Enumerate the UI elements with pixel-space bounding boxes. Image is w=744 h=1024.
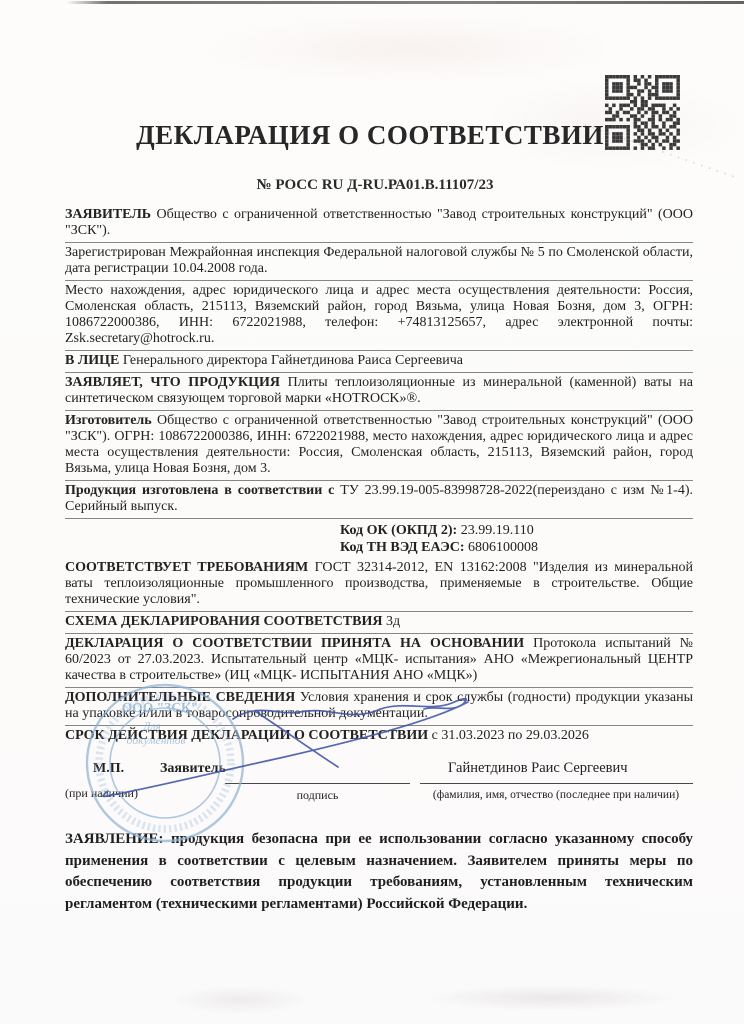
code-tnved-label: Код ТН ВЭД ЕАЭС: — [340, 540, 465, 555]
row-scheme: СХЕМА ДЕКЛАРИРОВАНИЯ СООТВЕТСТВИЯ 3д — [65, 612, 693, 634]
row-basis: ДЕКЛАРАЦИЯ О СООТВЕТСТВИИ ПРИНЯТА НА ОСН… — [65, 634, 693, 688]
row-text: Генерального директора Гайнетдинова Раис… — [123, 353, 463, 368]
row-text: Место нахождения, адрес юридического лиц… — [65, 283, 693, 346]
row-label: ЗАЯВИТЕЛЬ — [65, 207, 151, 222]
scan-edge-artifact — [66, 1, 744, 4]
statement-label: ЗАЯВЛЕНИЕ: — [65, 831, 164, 847]
row-label: Изготовитель — [65, 413, 152, 428]
code-okpd: Код ОК (ОКПД 2): 23.99.19.110 — [340, 522, 693, 539]
row-label: ДЕКЛАРАЦИЯ О СООТВЕТСТВИИ ПРИНЯТА НА ОСН… — [65, 636, 524, 651]
page-title: ДЕКЛАРАЦИЯ О СООТВЕТСТВИИ — [40, 120, 700, 151]
row-address: Место нахождения, адрес юридического лиц… — [65, 281, 693, 351]
row-label: ДОПОЛНИТЕЛЬНЫЕ СВЕДЕНИЯ — [65, 690, 295, 705]
row-text: Общество с ограниченной ответственностью… — [65, 207, 693, 238]
row-applicant: ЗАЯВИТЕЛЬ Общество с ограниченной ответс… — [65, 205, 693, 243]
row-label: СХЕМА ДЕКЛАРИРОВАНИЯ СООТВЕТСТВИЯ — [65, 614, 382, 629]
signature-caption: подпись — [225, 787, 410, 803]
declaration-number: № РОСС RU Д-RU.РА01.В.11107/23 — [40, 177, 710, 194]
row-validity: СРОК ДЕЙСТВИЯ ДЕКЛАРАЦИИ О СООТВЕТСТВИИ … — [65, 726, 693, 747]
stamp-place-label: М.П. — [93, 761, 124, 777]
row-additional-info: ДОПОЛНИТЕЛЬНЫЕ СВЕДЕНИЯ Условия хранения… — [65, 688, 693, 726]
scan-smudge — [170, 985, 310, 1015]
signature-line — [225, 757, 410, 784]
row-label: ЗАЯВЛЯЕТ, ЧТО ПРОДУКЦИЯ — [65, 375, 280, 390]
statement-paragraph: ЗАЯВЛЕНИЕ: продукция безопасна при ее ис… — [65, 829, 693, 915]
scan-smudge — [200, 14, 620, 84]
codes-block: Код ОК (ОКПД 2): 23.99.19.110 Код ТН ВЭД… — [65, 519, 693, 558]
row-label: Продукция изготовлена в соответствии с — [65, 483, 334, 498]
code-okpd-label: Код ОК (ОКПД 2): — [340, 523, 457, 538]
row-in-person: В ЛИЦЕ Генерального директора Гайнетдино… — [65, 351, 693, 373]
row-label: В ЛИЦЕ — [65, 353, 119, 368]
applicant-label: Заявитель — [160, 761, 226, 777]
row-text: 3д — [386, 614, 400, 629]
row-text: Зарегистрирован Межрайонная инспекция Фе… — [65, 245, 693, 276]
signature-block: М.П. (при наличии) Заявитель подпись Гай… — [65, 753, 693, 815]
document-body: ЗАЯВИТЕЛЬ Общество с ограниченной ответс… — [65, 205, 693, 930]
row-text: с 31.03.2023 по 29.03.2026 — [432, 728, 589, 743]
row-label: СРОК ДЕЙСТВИЯ ДЕКЛАРАЦИИ О СООТВЕТСТВИИ — [65, 728, 428, 743]
row-product: ЗАЯВЛЯЕТ, ЧТО ПРОДУКЦИЯ Плиты теплоизоля… — [65, 373, 693, 411]
row-registration: Зарегистрирован Межрайонная инспекция Фе… — [65, 243, 693, 281]
stamp-place-note: (при наличии) — [65, 785, 138, 801]
declaration-document: ДЕКЛАРАЦИЯ О СООТВЕТСТВИИ № РОСС RU Д-RU… — [0, 0, 744, 1024]
row-conforms: СООТВЕТСТВУЕТ ТРЕБОВАНИЯМ ГОСТ 32314-201… — [65, 558, 693, 612]
row-text: Общество с ограниченной ответственностью… — [65, 413, 693, 476]
scan-smudge — [420, 985, 680, 1011]
code-okpd-value: 23.99.19.110 — [461, 523, 534, 538]
row-label: СООТВЕТСТВУЕТ ТРЕБОВАНИЯМ — [65, 560, 308, 575]
row-produced-according: Продукция изготовлена в соответствии с Т… — [65, 481, 693, 519]
name-caption: (фамилия, имя, отчество (последнее при н… — [413, 787, 699, 803]
row-manufacturer: Изготовитель Общество с ограниченной отв… — [65, 411, 693, 481]
code-tnved: Код ТН ВЭД ЕАЭС: 6806100008 — [340, 539, 693, 556]
signatory-name: Гайнетдинов Раис Сергеевич — [448, 760, 628, 776]
code-tnved-value: 6806100008 — [468, 540, 538, 555]
